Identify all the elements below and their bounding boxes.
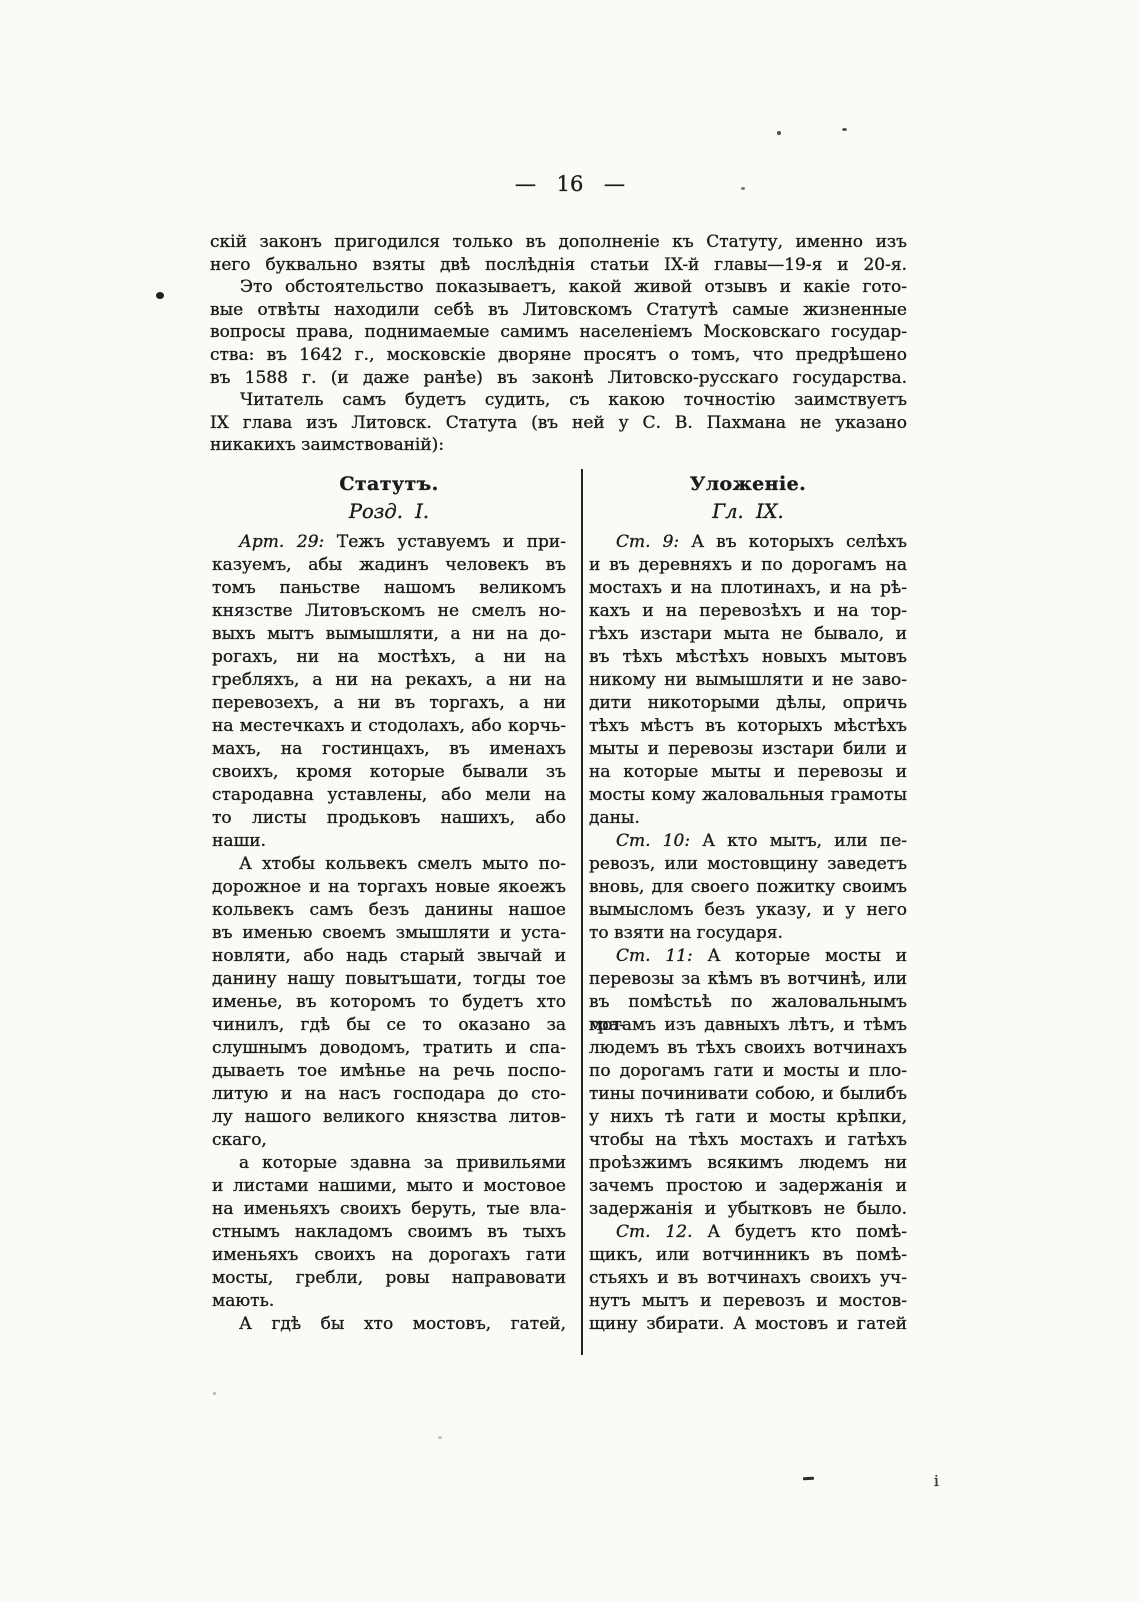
text-line: щину збирати. А мостовъ и гатей xyxy=(589,1313,907,1336)
text-line: махъ, на гостинцахъ, въ именахъ xyxy=(212,738,566,761)
text-line: вые отвѣты находили себѣ въ Литовскомъ С… xyxy=(210,299,907,322)
text-line: именье, въ которомъ то будетъ хто xyxy=(212,991,566,1014)
text-line: скій законъ пригодился только въ дополне… xyxy=(210,231,907,254)
text-line: въ именью своемъ змышляти и уста- xyxy=(212,922,566,945)
text-line: А гдѣ бы хто мостовъ, гатей, xyxy=(212,1313,566,1336)
text-line: чтобы на тѣхъ мостахъ и гатѣхъ xyxy=(589,1129,907,1152)
text-line: мосты, гребли, ровы направовати xyxy=(212,1267,566,1290)
statute-column: Арт. 29: Тежъ уставуемъ и при-казуемъ, а… xyxy=(212,531,566,1336)
text-line: литую и на насъ господара до сто- xyxy=(212,1083,566,1106)
right-column-subtitle: Гл. IX. xyxy=(589,500,907,523)
ink-speck xyxy=(741,187,745,190)
text-line: князстве Литовъскомъ не смелъ но- xyxy=(212,600,566,623)
text-line: тины починивати собою, и былибъ xyxy=(589,1083,907,1106)
article-number-label: Ст. 12. xyxy=(616,1222,692,1242)
text-line: на которые мыты и перевозы и xyxy=(589,761,907,784)
text-line: мыты и перевозы изстари били и xyxy=(589,738,907,761)
text-line: стнымъ накладомъ своимъ въ тыхъ xyxy=(212,1221,566,1244)
text-line: кахъ и на перевозѣхъ и на тор- xyxy=(589,600,907,623)
text-line: нутъ мытъ и перевозъ и мостов- xyxy=(589,1290,907,1313)
text-line: А хтобы кольвекъ смелъ мыто по- xyxy=(212,853,566,876)
text-line: Ст. 10: А кто мытъ, или пе- xyxy=(589,830,907,853)
ink-dash-mark xyxy=(803,1477,814,1481)
right-column-title: Уложеніе. xyxy=(589,473,907,495)
text-line: ства: въ 1642 г., московскіе дворяне про… xyxy=(210,344,907,367)
text-line: него буквально взяты двѣ послѣднія стать… xyxy=(210,254,907,277)
text-line: даны. xyxy=(589,807,907,830)
text-line: задержанія и убытковъ не было. xyxy=(589,1198,907,1221)
intro-paragraphs: скій законъ пригодился только въ дополне… xyxy=(210,231,907,457)
text-line: мостахъ и на плотинахъ, и на рѣ- xyxy=(589,577,907,600)
text-line: новляти, або надь старый звычай и xyxy=(212,945,566,968)
ink-speck xyxy=(842,128,847,131)
text-line: Арт. 29: Тежъ уставуемъ и при- xyxy=(212,531,566,554)
text-line: людемъ въ тѣхъ своихъ вотчинахъ xyxy=(589,1037,907,1060)
text-line: по дорогамъ гати и мосты и пло- xyxy=(589,1060,907,1083)
text-line: своихъ, кромя которые бывали зъ xyxy=(212,761,566,784)
text-line: Ст. 12. А будетъ кто помѣ- xyxy=(589,1221,907,1244)
text-line: на именьяхъ своихъ беруть, тые вла- xyxy=(212,1198,566,1221)
text-line: рогахъ, ни на мостѣхъ, а ни на xyxy=(212,646,566,669)
text-line: стародавна уставлены, або мели на xyxy=(212,784,566,807)
text-line: никакихъ заимствованій): xyxy=(210,434,907,457)
article-number-label: Ст. 9: xyxy=(616,532,679,552)
article-number-label: Ст. 11: xyxy=(616,946,693,966)
text-line: казуемъ, абы жадинъ человекъ въ xyxy=(212,554,566,577)
text-line: скаго, xyxy=(212,1129,566,1152)
text-line: мають. xyxy=(212,1290,566,1313)
text-line: гѣхъ изстари мыта не бывало, и xyxy=(589,623,907,646)
text-line: то взяти на государя. xyxy=(589,922,907,945)
text-line: Читатель самъ будетъ судить, съ какою то… xyxy=(210,389,907,412)
ink-speck xyxy=(213,1392,216,1395)
stray-letter-mark: i xyxy=(934,1472,939,1490)
text-line: Ст. 11: А которые мосты и xyxy=(589,945,907,968)
text-line: дорожное и на торгахъ новые якоежъ xyxy=(212,876,566,899)
left-column-subtitle: Розд. I. xyxy=(212,500,566,523)
left-column-title: Статутъ. xyxy=(212,473,566,495)
text-line: въ тѣхъ мѣстѣхъ новыхъ мытовъ xyxy=(589,646,907,669)
text-line: выхъ мытъ вымышляти, а ни на до- xyxy=(212,623,566,646)
text-line: дываеть тое имѣнье на речь поспо- xyxy=(212,1060,566,1083)
text-line: наши. xyxy=(212,830,566,853)
text-line: лу нашого великого князства литов- xyxy=(212,1106,566,1129)
text-line: Это обстоятельство показываетъ, какой жи… xyxy=(210,276,907,299)
ulozhenie-column: Ст. 9: А въ которыхъ селѣхъи въ деревнях… xyxy=(589,531,907,1336)
text-line: а которые здавна за привильями xyxy=(212,1152,566,1175)
ink-speck xyxy=(777,131,781,135)
text-line: перевозехъ, а ни въ торгахъ, а ни xyxy=(212,692,566,715)
text-line: вновь, для своего пожитку своимъ xyxy=(589,876,907,899)
text-line: вопросы права, поднимаемые самимъ населе… xyxy=(210,321,907,344)
text-line: IX глава изъ Литовск. Статута (въ ней у … xyxy=(210,412,907,435)
text-line: гребляхъ, а ни на рекахъ, а ни на xyxy=(212,669,566,692)
text-line: и въ деревняхъ и по дорогамъ на xyxy=(589,554,907,577)
text-line: то листы продьковъ нашихъ, або xyxy=(212,807,566,830)
text-line: чинилъ, гдѣ бы се то оказано за xyxy=(212,1014,566,1037)
text-line: ревозъ, или мостовщину заведетъ xyxy=(589,853,907,876)
text-line: кольвекъ самъ безъ данины нашое xyxy=(212,899,566,922)
ink-speck xyxy=(156,292,164,299)
ink-speck xyxy=(438,1436,442,1439)
text-line: проѣзжимъ всякимъ людемъ ни xyxy=(589,1152,907,1175)
text-line: въ помѣстьѣ по жаловальнымъ гра- xyxy=(589,991,907,1014)
text-line: перевозы за кѣмъ въ вотчинѣ, или xyxy=(589,968,907,991)
column-divider xyxy=(581,469,583,1355)
text-line: на местечкахъ и стодолахъ, або корчь- xyxy=(212,715,566,738)
text-line: щикъ, или вотчинникъ въ помѣ- xyxy=(589,1244,907,1267)
text-line: мотамъ изъ давныхъ лѣтъ, и тѣмъ xyxy=(589,1014,907,1037)
text-line: никому ни вымышляти и не заво- xyxy=(589,669,907,692)
document-page: — 16 — скій законъ пригодился только въ … xyxy=(0,0,1140,1602)
text-line: въ 1588 г. (и даже ранѣе) въ законѣ Лито… xyxy=(210,367,907,390)
text-line: вымысломъ безъ указу, и у него xyxy=(589,899,907,922)
text-line: данину нашу повытъшати, тогды тое xyxy=(212,968,566,991)
text-line: стьяхъ и въ вотчинахъ своихъ уч- xyxy=(589,1267,907,1290)
page-number: — 16 — xyxy=(0,172,1140,196)
text-line: Ст. 9: А въ которыхъ селѣхъ xyxy=(589,531,907,554)
text-line: зачемъ простою и задержанія и xyxy=(589,1175,907,1198)
text-line: и листами нашими, мыто и мостовое xyxy=(212,1175,566,1198)
text-line: у нихъ тѣ гати и мосты крѣпки, xyxy=(589,1106,907,1129)
text-line: слушнымъ доводомъ, тратить и спа- xyxy=(212,1037,566,1060)
article-number-label: Арт. 29: xyxy=(239,532,324,552)
text-line: тѣхъ мѣстъ въ которыхъ мѣстѣхъ xyxy=(589,715,907,738)
text-line: мосты кому жаловальныя грамоты xyxy=(589,784,907,807)
text-line: именьяхъ своихъ на дорогахъ гати xyxy=(212,1244,566,1267)
text-line: томъ паньстве нашомъ великомъ xyxy=(212,577,566,600)
article-number-label: Ст. 10: xyxy=(616,831,690,851)
text-line: дити никоторыми дѣлы, опричь xyxy=(589,692,907,715)
